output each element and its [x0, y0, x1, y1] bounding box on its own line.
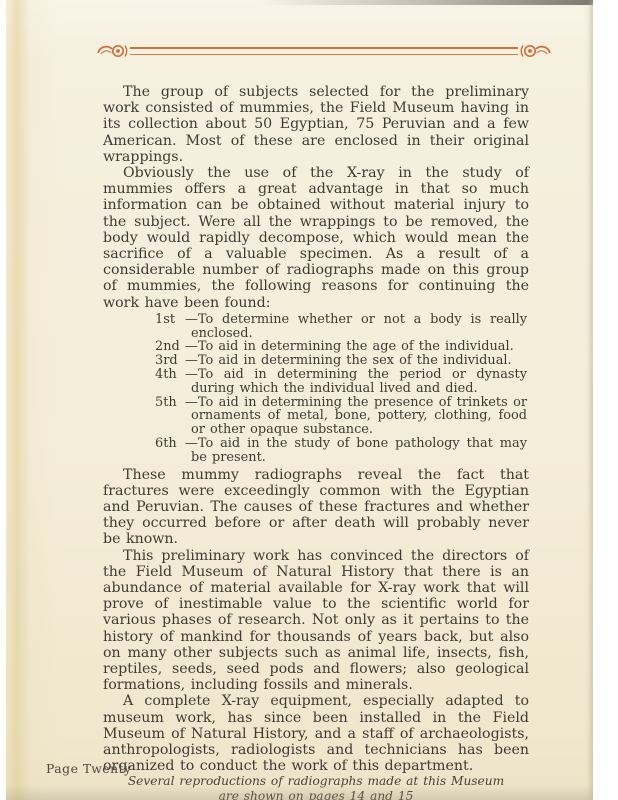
list-item: 3rd—To aid in determining the sex of the…: [155, 354, 527, 368]
scan-right-margin: [593, 0, 618, 800]
paragraph-xray-advantage: Obviously the use of the X-ray in the st…: [103, 165, 529, 311]
paragraph-fractures: These mummy radiographs reveal the fact …: [103, 467, 529, 548]
reason-text: —To aid in determining the period or dyn…: [185, 367, 527, 396]
scroll-right-icon: [519, 42, 553, 60]
reason-text: —To aid in determining the sex of the in…: [185, 353, 512, 368]
page-number: Page Twenty: [46, 761, 132, 776]
paragraph-intro: The group of subjects selected for the p…: [103, 84, 529, 165]
list-item: 2nd—To aid in determining the age of the…: [155, 340, 527, 354]
list-item: 4th—To aid in determining the period or …: [155, 368, 527, 396]
reason-ordinal: 4th: [155, 368, 185, 382]
reason-text: —To aid in determining the presence of t…: [185, 395, 527, 438]
reason-text: —To aid in determining the age of the in…: [185, 339, 514, 354]
reasons-list: 1st—To determine whether or not a body i…: [155, 313, 527, 465]
paragraph-convinced-directors: This preliminary work has convinced the …: [103, 548, 529, 694]
scanned-page: The group of subjects selected for the p…: [6, 0, 593, 800]
paragraph-equipment: A complete X-ray equipment, especially a…: [103, 693, 529, 774]
reason-ordinal: 3rd: [155, 354, 185, 368]
reason-text: —To aid in the study of bone pathology t…: [185, 436, 527, 465]
list-item: 5th—To aid in determining the presence o…: [155, 396, 527, 437]
ornamental-rule: [95, 42, 553, 60]
list-item: 6th—To aid in the study of bone patholog…: [155, 437, 527, 465]
reason-text: —To determine whether or not a body is r…: [185, 312, 527, 341]
reason-ordinal: 6th: [155, 437, 185, 451]
reason-ordinal: 2nd: [155, 340, 185, 354]
body-text: The group of subjects selected for the p…: [103, 84, 529, 800]
note-line-2: are shown on pages 14 and 15: [103, 789, 529, 800]
rule-lines: [130, 47, 518, 55]
radiographs-note: Several reproductions of radiographs mad…: [103, 774, 529, 800]
reason-ordinal: 1st: [155, 313, 185, 327]
note-line-1: Several reproductions of radiographs mad…: [103, 774, 529, 789]
list-item: 1st—To determine whether or not a body i…: [155, 313, 527, 341]
reason-ordinal: 5th: [155, 396, 185, 410]
scroll-left-icon: [95, 42, 129, 60]
